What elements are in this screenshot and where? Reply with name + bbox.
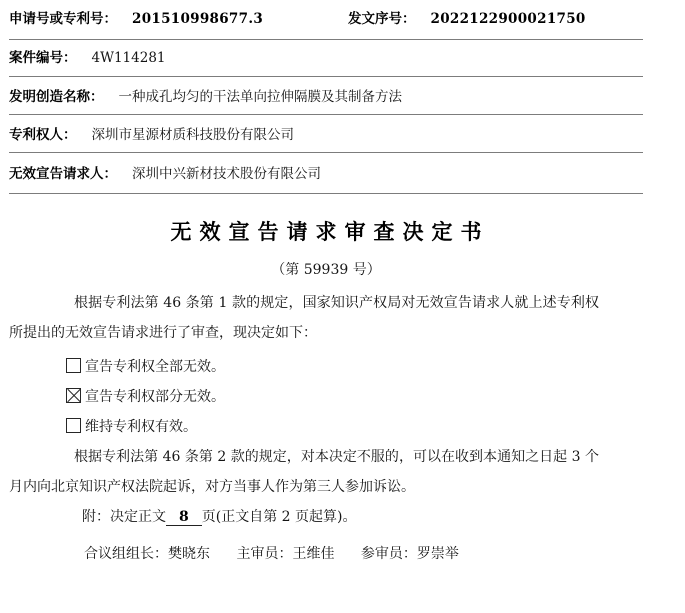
checkbox-icon	[66, 358, 81, 373]
invention-title-label: 发明创造名称：	[9, 89, 104, 105]
dispatch-serial-label: 发文序号：	[348, 11, 416, 27]
dispatch-serial-field: 发文序号：2022122900021750	[348, 11, 586, 28]
attachment-suffix: 页(正文自第 2 页起算)。	[202, 509, 357, 525]
case-number-value: 4W114281	[92, 50, 166, 66]
panel-primary-name: 王维佳	[292, 546, 334, 562]
option-label: 宣告专利权全部无效。	[85, 359, 225, 375]
panel-primary-label: 主审员：	[236, 546, 292, 562]
decision-options: 宣告专利权全部无效。 宣告专利权部分无效。 维持专利权有效。	[9, 352, 643, 442]
option-label: 宣告专利权部分无效。	[85, 389, 225, 405]
header-row-case-number: 案件编号：4W114281	[9, 40, 643, 77]
panel-chief-label: 合议组组长：	[84, 546, 168, 562]
panel-secondary-name: 罗崇举	[417, 546, 459, 562]
panel-secondary-examiner: 参审员：罗崇举	[361, 546, 459, 562]
panel-primary-examiner: 主审员：王维佳	[236, 546, 334, 562]
option-label: 维持专利权有效。	[85, 419, 197, 435]
header-row-application-number: 申请号或专利号：201510998677.3 发文序号：202212290002…	[9, 0, 643, 40]
intro-paragraph: 根据专利法第 46 条第 1 款的规定，国家知识产权局对无效宣告请求人就上述专利…	[9, 288, 599, 348]
panel-secondary-label: 参审员：	[361, 546, 417, 562]
panel-chief-name: 樊晓东	[168, 546, 210, 562]
checkbox-icon	[66, 388, 81, 403]
panel-chief: 合议组组长：樊晓东	[84, 546, 210, 562]
document-title: 无效宣告请求审查决定书	[9, 220, 643, 244]
option-maintain-valid: 维持专利权有效。	[9, 412, 643, 442]
case-number-label: 案件编号：	[9, 50, 77, 66]
invention-title-value: 一种成孔均匀的干法单向拉伸隔膜及其制备方法	[119, 89, 403, 105]
petitioner-label: 无效宣告请求人：	[9, 166, 117, 182]
patentee-value: 深圳市星源材质科技股份有限公司	[92, 127, 295, 143]
petitioner-value: 深圳中兴新材技术股份有限公司	[132, 166, 321, 182]
attachment-line: 附：决定正文8页(正文自第 2 页起算)。	[9, 502, 643, 532]
option-all-invalid: 宣告专利权全部无效。	[9, 352, 643, 382]
decision-document-page: 申请号或专利号：201510998677.3 发文序号：202212290002…	[0, 0, 685, 613]
appeal-paragraph: 根据专利法第 46 条第 2 款的规定，对本决定不服的，可以在收到本通知之日起 …	[9, 442, 599, 502]
application-number-label: 申请号或专利号：	[9, 11, 117, 27]
panel-members-line: 合议组组长：樊晓东 主审员：王维佳 参审员：罗崇举	[9, 539, 643, 569]
application-number-value: 201510998677.3	[132, 11, 263, 27]
attachment-prefix: 附：决定正文	[82, 509, 166, 525]
decision-number: （第 59939 号）	[9, 262, 643, 278]
header-row-petitioner: 无效宣告请求人：深圳中兴新材技术股份有限公司	[9, 153, 643, 194]
dispatch-serial-value: 2022122900021750	[431, 11, 586, 27]
option-partially-invalid: 宣告专利权部分无效。	[9, 382, 643, 412]
patentee-label: 专利权人：	[9, 127, 77, 143]
attachment-page-count: 8	[166, 509, 202, 526]
checkbox-icon	[66, 418, 81, 433]
header-row-invention-title: 发明创造名称：一种成孔均匀的干法单向拉伸隔膜及其制备方法	[9, 77, 643, 115]
header-row-patentee: 专利权人：深圳市星源材质科技股份有限公司	[9, 115, 643, 153]
